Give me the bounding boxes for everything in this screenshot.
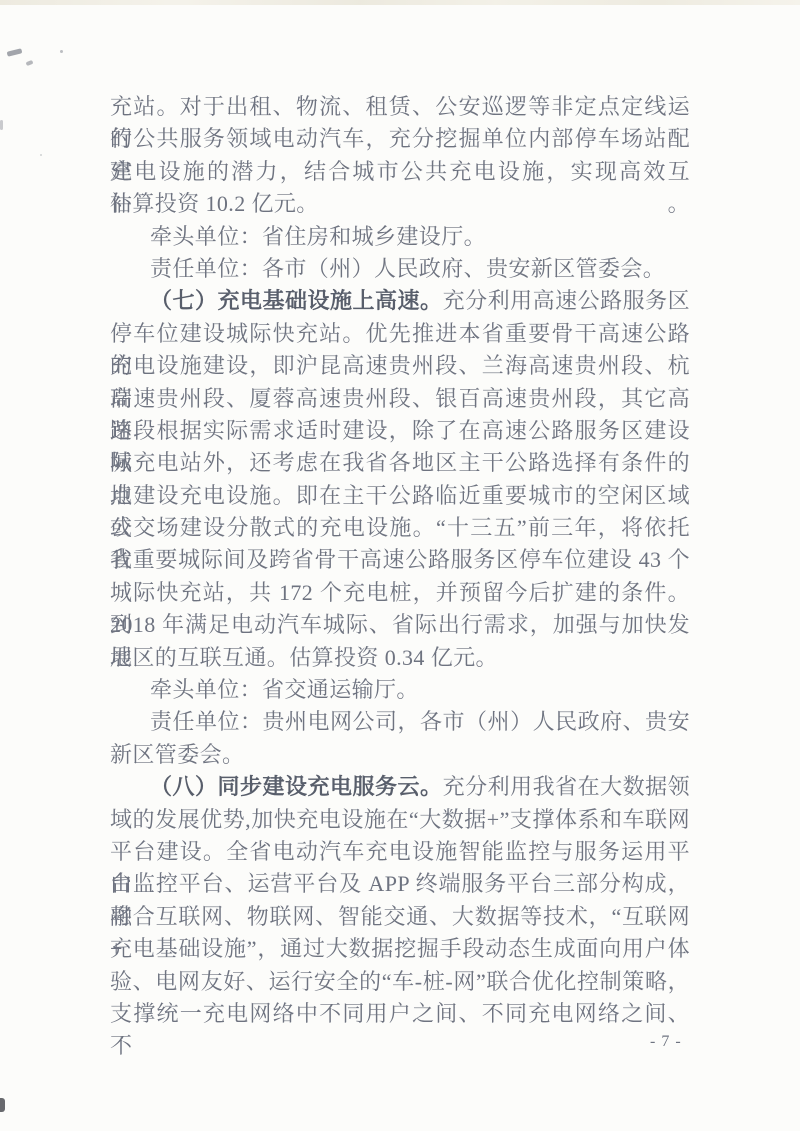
- text-line: 域的发展优势,加快充电设施在“大数据+”支撑体系和车联网: [110, 804, 690, 836]
- text-line: 由监控平台、运营平台及 APP 终端服务平台三部分构成，将: [110, 868, 690, 900]
- text-line: 地区的互联互通。估算投资 0.34 亿元。: [110, 642, 690, 674]
- document-page: 充站。对于出租、物流、租赁、公安巡逻等非定点定线运行的公共服务领域电动汽车，充分…: [0, 0, 800, 1131]
- scan-speck: [26, 60, 34, 66]
- text-line: 验、电网友好、运行安全的“车-桩-网”联合优化控制策略，: [110, 966, 690, 998]
- text-segment: 新区管委会。: [110, 742, 244, 767]
- text-line: 支撑统一充电网络中不同用户之间、不同充电网络之间、不: [110, 998, 690, 1030]
- text-line: 充电设施建设，即沪昆高速贵州段、兰海高速贵州段、杭瑞: [110, 350, 690, 382]
- page-number: - 7 -: [650, 1033, 682, 1051]
- text-line: 牵头单位：省住房和城乡建设厅。: [110, 221, 690, 253]
- text-line: 点建设充电设施。即在主干公路临近重要城市的空闲区域或: [110, 480, 690, 512]
- text-line: 充电基础设施”，通过大数据挖掘手段动态生成面向用户体: [110, 933, 690, 965]
- text-line: 充站。对于出租、物流、租赁、公安巡逻等非定点定线运行: [110, 91, 690, 123]
- scan-edge-artifact: [0, 0, 800, 5]
- text-segment: 牵头单位：省住房和城乡建设厅。: [150, 224, 486, 249]
- text-segment: 域的发展优势,加快充电设施在“大数据+”支撑体系和车联网: [110, 807, 690, 832]
- text-line: 充电设施的潜力，结合城市公共充电设施，实现高效互补。: [110, 156, 690, 188]
- text-segment: 充分利用高速公路服务区: [443, 288, 690, 313]
- text-line: （七）充电基础设施上高速。充分利用高速公路服务区: [110, 285, 690, 317]
- text-line: 责任单位：各市（州）人民政府、贵安新区管委会。: [110, 253, 690, 285]
- text-line: 公交场建设分散式的充电设施。“十三五”前三年，将依托我: [110, 512, 690, 544]
- text-line: 路段根据实际需求适时建设，除了在高速公路服务区建设城: [110, 415, 690, 447]
- scan-speck: [40, 154, 42, 156]
- text-line: 城际快充站，共 172 个充电桩，并预留今后扩建的条件。到: [110, 577, 690, 609]
- text-line: 2018 年满足电动汽车城际、省际出行需求，加强与加快发展: [110, 609, 690, 641]
- text-line: 高速贵州段、厦蓉高速贵州段、银百高速贵州段，其它高速: [110, 383, 690, 415]
- text-line: 省重要城际间及跨省骨干高速公路服务区停车位建设 43 个: [110, 544, 690, 576]
- text-segment: 省重要城际间及跨省骨干高速公路服务区停车位建设 43 个: [110, 547, 690, 572]
- text-line: 的公共服务领域电动汽车，充分挖掘单位内部停车场站配建: [110, 123, 690, 155]
- text-line: 平台建设。全省电动汽车充电设施智能监控与服务运用平台: [110, 836, 690, 868]
- text-segment: 牵头单位：省交通运输厅。: [150, 677, 419, 702]
- section-heading: （八）同步建设充电服务云。: [150, 774, 443, 799]
- text-line: （八）同步建设充电服务云。充分利用我省在大数据领: [110, 771, 690, 803]
- text-segment: 地区的互联互通。估算投资 0.34 亿元。: [110, 645, 498, 670]
- text-line: 牵头单位：省交通运输厅。: [110, 674, 690, 706]
- text-line: 停车位建设城际快充站。优先推进本省重要骨干高速公路的: [110, 318, 690, 350]
- text-segment: 充分利用我省在大数据领: [443, 774, 690, 799]
- text-line: 责任单位：贵州电网公司，各市（州）人民政府、贵安: [110, 706, 690, 738]
- section-heading: （七）充电基础设施上高速。: [150, 288, 443, 313]
- text-segment: 责任单位：各市（州）人民政府、贵安新区管委会。: [150, 256, 665, 281]
- text-line: 融合互联网、物联网、智能交通、大数据等技术，“互联网+: [110, 901, 690, 933]
- text-line: 际充电站外，还考虑在我省各地区主干公路选择有条件的地: [110, 447, 690, 479]
- scan-speck: [7, 48, 23, 56]
- scan-speck: [0, 1098, 5, 1112]
- text-segment: 估算投资 10.2 亿元。: [110, 191, 319, 216]
- text-segment: 充电基础设施”，通过大数据挖掘手段动态生成面向用户体: [110, 936, 690, 961]
- document-body: 充站。对于出租、物流、租赁、公安巡逻等非定点定线运行的公共服务领域电动汽车，充分…: [110, 91, 690, 1030]
- scan-speck: [0, 120, 3, 130]
- text-segment: 责任单位：贵州电网公司，各市（州）人民政府、贵安: [150, 709, 690, 734]
- text-segment: 支撑统一充电网络中不同用户之间、不同充电网络之间、不: [110, 1001, 690, 1058]
- text-segment: 验、电网友好、运行安全的“车-桩-网”联合优化控制策略，: [110, 969, 690, 994]
- scan-speck: [60, 50, 63, 53]
- text-line: 新区管委会。: [110, 739, 690, 771]
